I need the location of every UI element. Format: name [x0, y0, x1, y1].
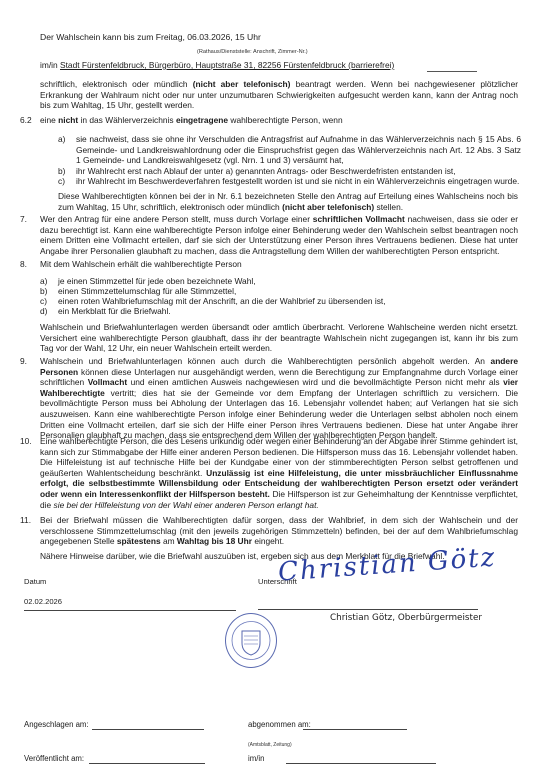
section-8-note: Wahlschein und Briefwahlunterlagen werde… [40, 322, 518, 354]
published-field[interactable] [89, 763, 205, 764]
place-hint: (Rathaus/Dienststelle: Anschrift, Zimmer… [197, 47, 308, 58]
section-6-2-note: Diese Wahlberechtigten können bei der in… [58, 191, 518, 212]
section-9-number: 9. [20, 356, 27, 367]
place-value: Stadt Fürstenfeldbruck, Bürgerbüro, Haup… [60, 60, 394, 70]
in-field[interactable] [286, 763, 436, 764]
section-9-text: Wahlschein und Briefwahlunterlagen könne… [40, 356, 518, 441]
signer-name: Christian Götz, Oberbürgermeister [330, 613, 482, 624]
section-7-number: 7. [20, 214, 27, 225]
place-line: im/in Stadt Fürstenfeldbruck, Bürgerbüro… [40, 60, 480, 71]
place-prefix: im/in [40, 60, 58, 70]
section-8-number: 8. [20, 259, 27, 270]
signature-rule [258, 609, 478, 610]
deadline-line: Der Wahlschein kann bis zum Freitag, 06.… [40, 32, 261, 43]
removed-label: abgenommen am: [248, 720, 311, 731]
official-seal-icon [225, 613, 277, 668]
section-6-2-intro: eine nicht in das Wählerverzeichnis eing… [40, 115, 343, 126]
medium-hint: (Amtsblatt, Zeitung) [248, 740, 292, 751]
date-label: Datum [24, 577, 46, 588]
section-10-text: Eine wahlberechtigte Person, die des Les… [40, 436, 518, 510]
posted-label: Angeschlagen am: [24, 720, 89, 731]
place-underline [427, 71, 477, 72]
section-7-text: Wer den Antrag für eine andere Person st… [40, 214, 518, 256]
section-11-number: 11. [20, 515, 31, 526]
section-6-2-number: 6.2 [20, 115, 32, 126]
section-11-text: Bei der Briefwahl müssen die Wahlberecht… [40, 515, 518, 547]
date-rule [24, 610, 236, 611]
published-label: Veröffentlicht am: [24, 754, 84, 765]
section-8-intro: Mit dem Wahlschein erhält die wahlberech… [40, 259, 242, 270]
date-value: 02.02.2026 [24, 597, 62, 608]
header-paragraph: schriftlich, elektronisch oder mündlich … [40, 79, 518, 111]
seal-emblem-icon [226, 614, 276, 667]
section-10-number: 10. [20, 436, 32, 447]
in-label: im/in [248, 754, 264, 765]
handwritten-signature: Christian Götz [278, 552, 497, 578]
posted-field[interactable] [92, 729, 204, 730]
removed-field[interactable] [303, 729, 407, 730]
